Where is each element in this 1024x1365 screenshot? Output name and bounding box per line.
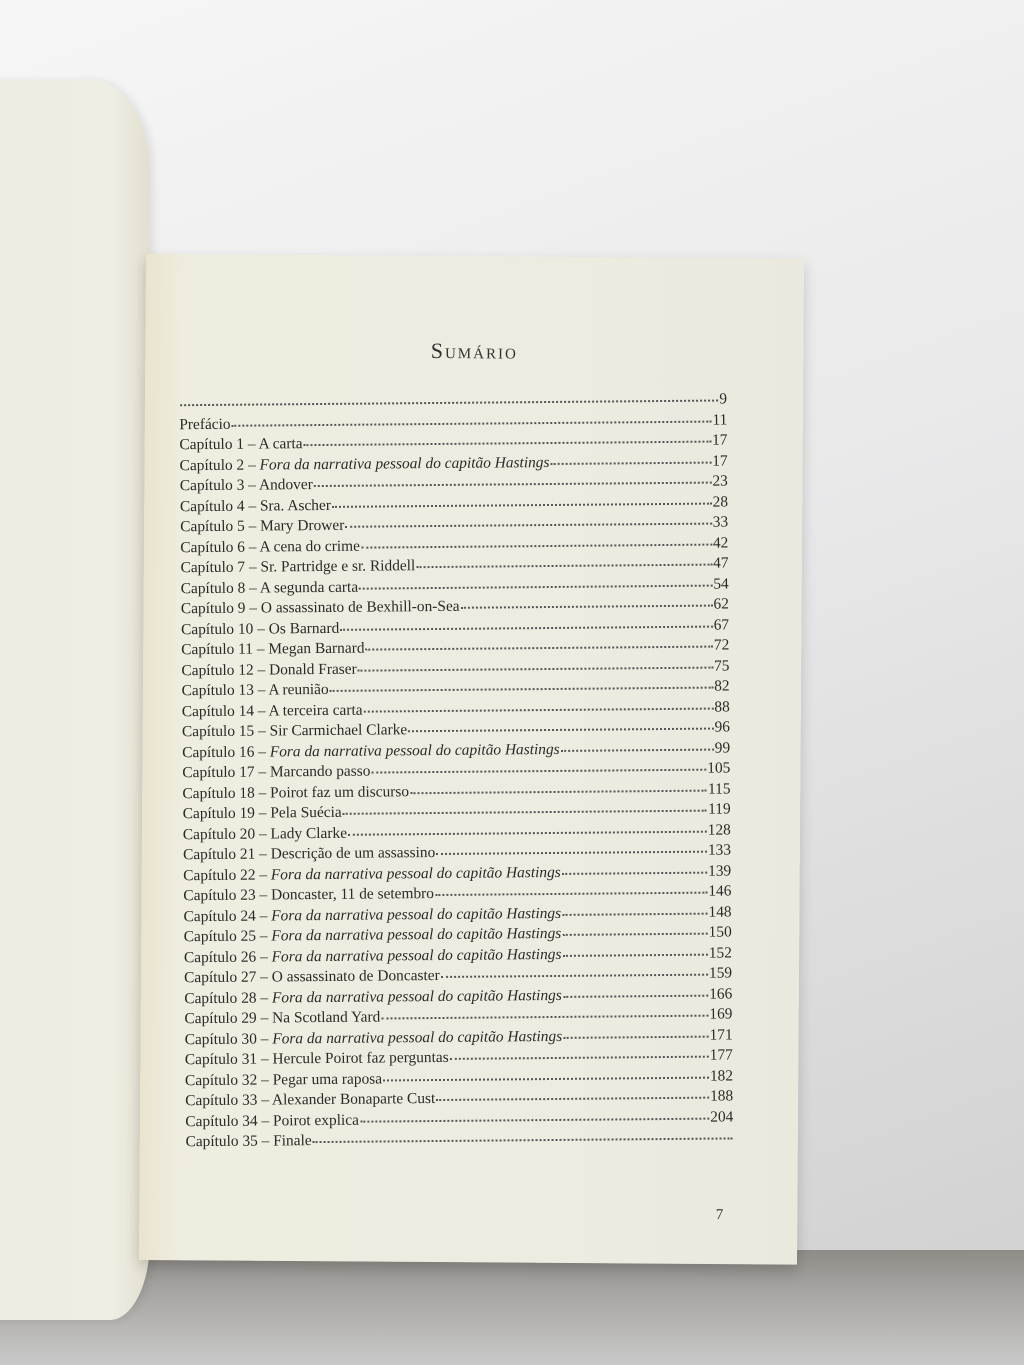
dot-leader [563, 990, 708, 997]
dot-leader [408, 724, 713, 733]
chapter-title: Na Scotland Yard [272, 1009, 380, 1027]
toc-entry-label: Capítulo 18 – Poirot faz um discurso [182, 782, 409, 804]
chapter-title: Fora da narrativa pessoal do capitão Has… [260, 454, 550, 474]
toc-page-number: 146 [708, 881, 731, 902]
chapter-number: Capítulo 8 – [181, 579, 260, 597]
toc-page-number: 166 [709, 984, 732, 1005]
chapter-number: Capítulo 24 – [184, 907, 272, 925]
chapter-title: Poirot explica [273, 1111, 359, 1129]
chapter-title: Donald Fraser [269, 660, 357, 678]
toc-entry-label: Capítulo 28 – Fora da narrativa pessoal … [184, 985, 562, 1009]
chapter-number: Capítulo 19 – [183, 804, 271, 822]
dot-leader [461, 601, 713, 609]
toc-entry-label: Capítulo 30 – Fora da narrativa pessoal … [185, 1026, 563, 1050]
dot-leader [435, 888, 707, 896]
toc-page-number: 75 [714, 656, 730, 677]
toc-entry-label: Capítulo 13 – A reunião [182, 680, 329, 702]
chapter-number: Capítulo 26 – [184, 948, 272, 966]
dot-leader [381, 1011, 708, 1020]
chapter-title: Andover [259, 476, 313, 493]
toc-entry-label: Capítulo 22 – Fora da narrativa pessoal … [183, 862, 561, 886]
toc-page-number: 33 [713, 512, 729, 533]
chapter-title: Poirot faz um discurso [270, 783, 409, 801]
chapter-title: Mary Drower [260, 517, 344, 535]
toc-page-number: 82 [714, 676, 730, 697]
chapter-number: Prefácio [179, 415, 230, 432]
chapter-number: Capítulo 5 – [180, 518, 260, 536]
dot-leader [313, 1133, 733, 1143]
chapter-title: Pegar uma raposa [273, 1070, 383, 1088]
chapter-number: Capítulo 17 – [182, 763, 270, 781]
chapter-number: Capítulo 1 – [179, 436, 258, 454]
toc-page-number: 17 [712, 451, 728, 472]
chapter-number: Capítulo 25 – [184, 927, 272, 945]
toc-entry: Capítulo 35 – Finale [185, 1127, 733, 1152]
dot-leader [332, 498, 712, 507]
chapter-title: O assassinato de Bexhill-on-Sea [261, 598, 460, 617]
chapter-number: Capítulo 16 – [182, 743, 270, 761]
chapter-number: Capítulo 10 – [181, 620, 269, 638]
chapter-title: Doncaster, 11 de setembro [271, 885, 434, 903]
toc-entry-label: Capítulo 16 – Fora da narrativa pessoal … [182, 739, 560, 763]
toc-page-number: 148 [708, 902, 731, 923]
toc-entry-label: Capítulo 19 – Pela Suécia [183, 803, 342, 825]
toc-entry-label: Prefácio [179, 414, 230, 435]
chapter-title: Fora da narrativa pessoal do capitão Has… [271, 925, 561, 945]
toc-entry-label: Capítulo 2 – Fora da narrativa pessoal d… [180, 453, 550, 477]
dot-leader [562, 949, 707, 956]
dot-leader [562, 908, 707, 915]
chapter-number: Capítulo 23 – [183, 886, 271, 904]
chapter-title: A segunda carta [260, 578, 358, 596]
toc-page-number: 28 [713, 492, 729, 513]
chapter-title: Hercule Poirot faz perguntas [272, 1049, 448, 1068]
dot-leader [343, 806, 708, 815]
dot-leader [358, 662, 713, 671]
chapter-title: A reunião [268, 681, 328, 699]
dot-leader [436, 1093, 709, 1101]
chapter-number: Capítulo 21 – [183, 845, 271, 863]
toc-entry-label: Capítulo 5 – Mary Drower [180, 516, 344, 538]
toc-page-number: 171 [709, 1025, 732, 1046]
dot-leader [365, 642, 712, 651]
chapter-title: Alexander Bonaparte Cust [272, 1090, 435, 1108]
chapter-title: Sr. Partridge e sr. Riddell [260, 557, 415, 575]
toc-entry-label: Capítulo 15 – Sir Carmichael Clarke [182, 720, 407, 742]
toc-page-number: 23 [712, 471, 728, 492]
chapter-number: Capítulo 33 – [185, 1091, 272, 1109]
toc-entry-label: Capítulo 1 – A carta [179, 434, 302, 456]
dot-leader [361, 539, 712, 548]
toc-page-number: 88 [714, 697, 730, 718]
chapter-title: A cena do crime [259, 537, 360, 555]
dot-leader [180, 396, 718, 407]
toc-entry-label: Capítulo 9 – O assassinato de Bexhill-on… [181, 597, 460, 620]
dot-leader [550, 457, 711, 464]
toc-page-number: 139 [708, 861, 731, 882]
toc-page-number: 119 [708, 799, 731, 820]
chapter-number: Capítulo 30 – [185, 1030, 273, 1048]
chapter-number: Capítulo 4 – [180, 497, 260, 515]
dot-leader [563, 1031, 708, 1038]
dot-leader [314, 478, 712, 487]
toc-page-number: 204 [710, 1107, 733, 1128]
chapter-number: Capítulo 35 – [185, 1132, 273, 1150]
toc-page-number: 188 [710, 1086, 733, 1107]
chapter-title: A carta [258, 435, 302, 452]
page-title: Sumário [145, 336, 803, 367]
toc-page-number: 62 [713, 594, 729, 615]
toc-page-number: 11 [712, 410, 727, 431]
dot-leader [304, 437, 712, 447]
chapter-number: Capítulo 22 – [183, 866, 271, 884]
toc-page-number: 133 [708, 840, 731, 861]
dot-leader [340, 621, 712, 630]
toc-entry-label: Capítulo 17 – Marcando passo [182, 762, 370, 784]
chapter-title: O assassinato de Doncaster [272, 967, 440, 985]
chapter-title: Megan Barnard [268, 640, 364, 658]
chapter-number: Capítulo 28 – [184, 989, 272, 1007]
dot-leader [562, 929, 707, 936]
toc-page-number: 9 [719, 389, 727, 410]
toc-page-number: 169 [709, 1004, 732, 1025]
chapter-title: Fora da narrativa pessoal do capitão Has… [272, 1027, 562, 1047]
dot-leader [416, 560, 712, 569]
toc-entry-label: Capítulo 7 – Sr. Partridge e sr. Riddell [180, 556, 415, 579]
chapter-number: Capítulo 20 – [183, 825, 271, 843]
dot-leader [359, 580, 712, 589]
chapter-title: Descrição de um assassino [271, 844, 436, 862]
chapter-number: Capítulo 3 – [180, 477, 259, 495]
toc-entry-label: Capítulo 12 – Donald Fraser [181, 659, 356, 681]
toc-page-number: 17 [712, 430, 728, 451]
dot-leader [348, 826, 707, 835]
dot-leader [371, 765, 706, 774]
toc-entry-label: Capítulo 23 – Doncaster, 11 de setembro [183, 884, 434, 907]
dot-leader [330, 683, 714, 692]
chapter-title: Finale [273, 1132, 312, 1149]
toc-page-number: 72 [714, 635, 730, 656]
dot-leader [364, 703, 714, 712]
toc-entry-label: Capítulo 3 – Andover [180, 475, 313, 497]
chapter-number: Capítulo 9 – [181, 600, 261, 618]
chapter-number: Capítulo 34 – [185, 1112, 273, 1130]
toc-page-number: 159 [709, 963, 732, 984]
chapter-number: Capítulo 12 – [181, 661, 269, 679]
chapter-title: Pela Suécia [270, 804, 342, 822]
dot-leader [232, 416, 712, 426]
chapter-title: Lady Clarke [270, 824, 347, 842]
page-number: 7 [716, 1207, 724, 1224]
dot-leader [410, 785, 707, 794]
toc-page-number: 99 [715, 738, 731, 759]
table-surface-shadow [0, 1250, 1024, 1365]
book-page: Sumário 9Prefácio11Capítulo 1 – A carta1… [139, 254, 804, 1265]
toc-page-number: 182 [710, 1066, 733, 1087]
toc-entry-label: Capítulo 27 – O assassinato de Doncaster [184, 966, 440, 989]
chapter-number: Capítulo 27 – [184, 968, 272, 986]
chapter-number: Capítulo 7 – [180, 559, 260, 577]
chapter-title: Fora da narrativa pessoal do capitão Has… [272, 986, 562, 1006]
toc-entry-label: Capítulo 26 – Fora da narrativa pessoal … [184, 944, 562, 968]
dot-leader [561, 744, 714, 751]
toc-entry-label: Capítulo 4 – Sra. Ascher [180, 495, 331, 517]
chapter-number: Capítulo 31 – [185, 1050, 273, 1068]
toc-entry-label: Capítulo 32 – Pegar uma raposa [185, 1069, 382, 1091]
chapter-number: Capítulo 13 – [182, 681, 269, 699]
chapter-number: Capítulo 11 – [181, 640, 268, 658]
toc-entry-label: Capítulo 11 – Megan Barnard [181, 639, 364, 661]
dot-leader [383, 1072, 709, 1081]
toc-page-number: 128 [708, 820, 731, 841]
chapter-title: Fora da narrativa pessoal do capitão Has… [270, 740, 560, 760]
toc-entry-label: Capítulo 14 – A terceira carta [182, 700, 363, 722]
dot-leader [562, 867, 707, 874]
toc-entry-label: Capítulo 29 – Na Scotland Yard [184, 1008, 380, 1030]
toc-page-number: 105 [707, 758, 730, 779]
toc-entry-label: Capítulo 8 – A segunda carta [181, 577, 359, 599]
toc-page-number: 54 [713, 574, 729, 595]
chapter-title: Os Barnard [269, 619, 340, 637]
chapter-number: Capítulo 2 – [180, 456, 260, 474]
toc-entry-label: Capítulo 21 – Descrição de um assassino [183, 843, 435, 866]
chapter-title: Sra. Ascher [260, 496, 331, 514]
dot-leader [436, 847, 707, 855]
toc-page-number: 177 [710, 1045, 733, 1066]
toc-entry-label: Capítulo 31 – Hercule Poirot faz pergunt… [185, 1048, 449, 1071]
chapter-number: Capítulo 29 – [184, 1009, 272, 1027]
toc-entry-label: Capítulo 10 – Os Barnard [181, 618, 339, 640]
chapter-title: Fora da narrativa pessoal do capitão Has… [271, 904, 561, 924]
chapter-number: Capítulo 14 – [182, 702, 269, 720]
chapter-title: Sir Carmichael Clarke [270, 721, 408, 739]
toc-page-number: 152 [709, 943, 732, 964]
toc-entry-label: Capítulo 35 – Finale [185, 1131, 311, 1153]
chapter-title: Marcando passo [270, 763, 371, 781]
dot-leader [345, 519, 711, 528]
toc-page-number: 96 [714, 717, 730, 738]
chapter-title: Fora da narrativa pessoal do capitão Has… [271, 945, 561, 965]
toc-page-number: 47 [713, 553, 729, 574]
chapter-title: A terceira carta [269, 701, 363, 719]
left-page-curl [0, 80, 150, 1320]
dot-leader [450, 1052, 709, 1060]
chapter-number: Capítulo 6 – [180, 538, 259, 556]
dot-leader [441, 970, 708, 978]
toc-entry-label: Capítulo 34 – Poirot explica [185, 1110, 359, 1132]
toc-page-number: 150 [709, 922, 732, 943]
chapter-title: Fora da narrativa pessoal do capitão Has… [271, 863, 561, 883]
toc-page-number: 67 [714, 615, 730, 636]
toc-entry-label: Capítulo 6 – A cena do crime [180, 536, 360, 558]
toc-page-number: 115 [708, 779, 731, 800]
toc-page-number: 42 [713, 533, 729, 554]
toc-entry-label: Capítulo 33 – Alexander Bonaparte Cust [185, 1089, 435, 1112]
chapter-number: Capítulo 15 – [182, 722, 270, 740]
chapter-number: Capítulo 18 – [182, 784, 270, 802]
toc-entry-label: Capítulo 20 – Lady Clarke [183, 823, 347, 845]
dot-leader [360, 1113, 709, 1122]
chapter-number: Capítulo 32 – [185, 1071, 273, 1089]
table-of-contents: 9Prefácio11Capítulo 1 – A carta17Capítul… [179, 389, 734, 1152]
